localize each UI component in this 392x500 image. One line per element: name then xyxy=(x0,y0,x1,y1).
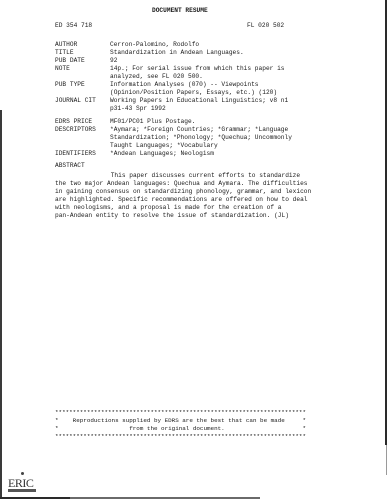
page-border-left xyxy=(0,110,2,498)
field-label-pub-date: PUB DATE xyxy=(55,57,85,65)
eric-logo: ERIC xyxy=(8,472,38,494)
field-label-title: TITLE xyxy=(55,49,74,57)
abstract-line: the two major Andean languages: Quechua … xyxy=(55,180,308,188)
field-label-journal-cit: JOURNAL CIT xyxy=(55,97,96,105)
field-value-descriptors-line2: Standardization; *Phonology; *Quechua; U… xyxy=(110,134,292,142)
field-value-identifiers: *Andean Languages; Neologism xyxy=(110,150,214,158)
field-value-edrs-price: MF01/PC01 Plus Postage. xyxy=(110,118,195,126)
footer-notice-line2: * from the original document. * xyxy=(55,425,306,433)
field-value-journal-cit-line2: p31-43 Spr 1992 xyxy=(110,105,166,113)
field-label-author: AUTHOR xyxy=(55,41,77,49)
page-border-right xyxy=(385,0,387,445)
abstract-line: This paper discusses current efforts to … xyxy=(55,172,300,180)
footer-stars-bottom: ****************************************… xyxy=(55,433,306,441)
field-value-author: Cerron-Palomino, Rodolfo xyxy=(110,41,199,49)
eric-logo-dot-icon xyxy=(21,472,24,475)
field-value-note-line2: analyzed, see FL 020 500. xyxy=(110,73,203,81)
field-label-pub-type: PUB TYPE xyxy=(55,81,85,89)
page-border-right-faint xyxy=(386,445,387,475)
field-value-pub-date: 92 xyxy=(110,57,117,65)
field-label-edrs-price: EDRS PRICE xyxy=(55,118,92,126)
page-border-bottom-dark xyxy=(0,497,70,499)
field-label-note: NOTE xyxy=(55,65,70,73)
document-page: DOCUMENT RESUME ED 354 718 FL 020 502 AU… xyxy=(0,0,392,500)
abstract-line: with neologisms, and a proposal is made … xyxy=(55,204,282,212)
eric-logo-bar xyxy=(8,489,36,492)
abstract-label: ABSTRACT xyxy=(55,162,85,170)
field-value-descriptors-line3: Taught Languages; *Vocabulary xyxy=(110,142,218,150)
abstract-line: are highlighted. Specific recommendation… xyxy=(55,196,308,204)
field-value-note-line1: 14p.; For serial issue from which this p… xyxy=(110,65,285,73)
footer-stars-top: ****************************************… xyxy=(55,409,306,417)
document-title: DOCUMENT RESUME xyxy=(152,7,208,15)
ed-number: ED 354 718 xyxy=(55,22,92,30)
abstract-line: in gaining consensus on standardizing ph… xyxy=(55,188,311,196)
field-value-descriptors-line1: *Aymara; *Foreign Countries; *Grammar; *… xyxy=(110,126,288,134)
field-value-pub-type-line2: (Opinion/Position Papers, Essays, etc.) … xyxy=(110,89,277,97)
abstract-line: pan-Andean entity to resolve the issue o… xyxy=(55,212,289,220)
fl-number: FL 020 502 xyxy=(247,22,284,30)
field-label-identifiers: IDENTIFIERS xyxy=(55,150,96,158)
field-label-descriptors: DESCRIPTORS xyxy=(55,126,96,134)
field-value-pub-type-line1: Information Analyses (070) -- Viewpoints xyxy=(110,81,259,89)
field-value-title: Standardization in Andean Languages. xyxy=(110,49,244,57)
footer-notice-line1: * Reproductions supplied by EDRS are the… xyxy=(55,417,306,425)
field-value-journal-cit-line1: Working Papers in Educational Linguistic… xyxy=(110,97,288,105)
